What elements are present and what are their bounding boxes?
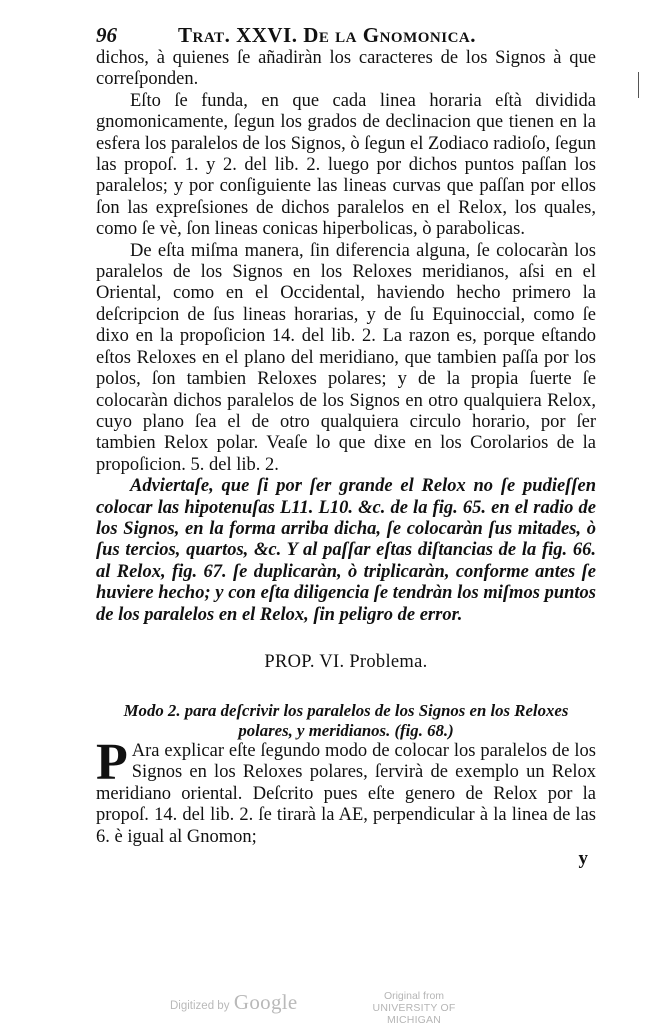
original-from-label: Original from [352, 990, 476, 1002]
proposition-heading: PROP. VI. Problema. [96, 652, 596, 673]
body-text: dichos, à quienes ſe añadiràn los caract… [96, 48, 596, 626]
digitized-by-label: Digitized by [170, 1000, 229, 1012]
proposition-body: P Ara explicar eſte ſegundo modo de colo… [96, 741, 596, 848]
institution-label: UNIVERSITY OF MICHIGAN [352, 1002, 476, 1024]
paragraph: Eſto ſe funda, en que cada linea horaria… [96, 91, 596, 241]
page-number: 96 [96, 22, 117, 48]
digitized-by-google-watermark: Digitized by Google [170, 990, 298, 1015]
proposition-body-text: Ara explicar eſte ſegundo modo de coloca… [96, 741, 596, 847]
drop-capital: P [96, 743, 128, 783]
google-logo-text: Google [234, 990, 298, 1014]
paragraph: De eſta miſma manera, ſin diferencia alg… [96, 241, 596, 476]
page-header: 96 Trat. XXVI. De la Gnomonica. [96, 22, 596, 48]
original-from-watermark: Original from UNIVERSITY OF MICHIGAN [352, 990, 476, 1024]
paragraph-italic-note: Adviertaſe, que ſi por ſer grande el Rel… [96, 476, 596, 626]
paragraph-continuation: dichos, à quienes ſe añadiràn los caract… [96, 48, 596, 91]
book-page: 96 Trat. XXVI. De la Gnomonica. dichos, … [96, 22, 596, 870]
running-title: Trat. XXVI. De la Gnomonica. [178, 22, 476, 48]
catchword: y [96, 848, 596, 870]
margin-mark [638, 72, 639, 98]
proposition-subheading: Modo 2. para deſcrivir los paralelos de … [96, 701, 596, 741]
scan-footer: Digitized by Google Original from UNIVER… [0, 988, 647, 1024]
